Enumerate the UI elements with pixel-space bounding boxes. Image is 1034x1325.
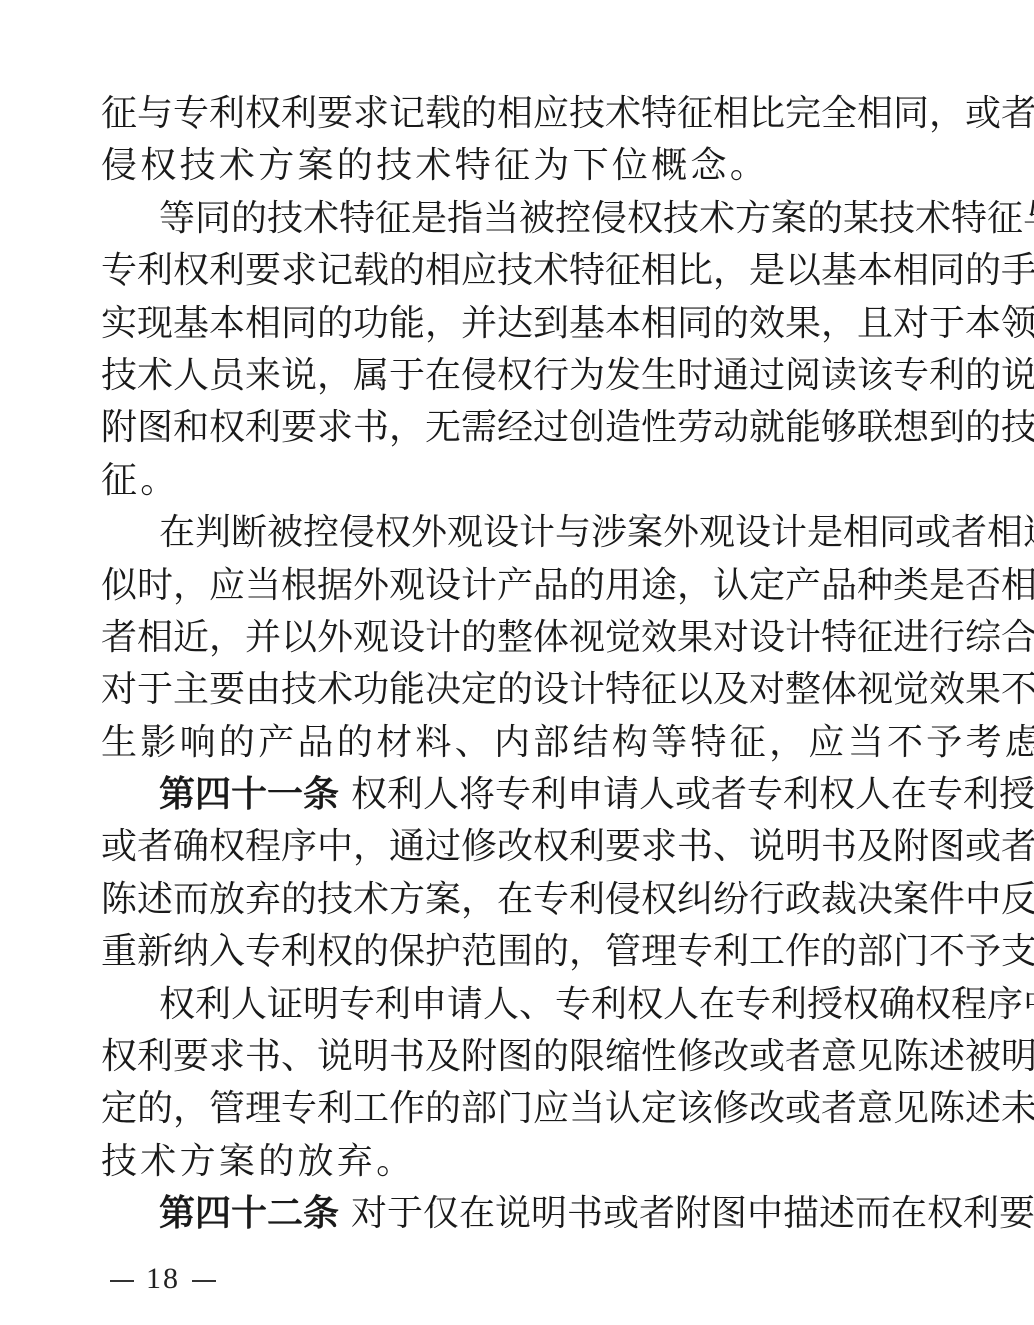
text-line: 权利人证明专利申请人、专利权人在专利授权确权程序中对 [101,979,901,1031]
text-line: 似时，应当根据外观设计产品的用途，认定产品种类是否相同或 [101,560,901,612]
line-text: 或者确权程序中，通过修改权利要求书、说明书及附图或者意见 [101,826,1034,867]
text-line: 附图和权利要求书，无需经过创造性劳动就能够联想到的技术特 [101,402,901,454]
text-line: 者相近，并以外观设计的整体视觉效果对设计特征进行综合判断， [101,612,901,664]
line-text: 实现基本相同的功能，并达到基本相同的效果，且对于本领域的 [101,303,1034,344]
line-text: 对于主要由技术功能决定的设计特征以及对整体视觉效果不产 [101,669,1034,710]
line-text: 技术方案的放弃。 [101,1141,415,1182]
line-text: 陈述而放弃的技术方案，在专利侵权纠纷行政裁决案件中反悔， [101,879,1034,920]
line-text: 对于仅在说明书或者附图中描述而在权利要求 [351,1193,1034,1234]
text-line: 技术人员来说，属于在侵权行为发生时通过阅读该专利的说明书、 [101,350,901,402]
page-footer: 18 [98,1262,228,1296]
line-text: 征。 [101,460,180,501]
line-text: 生影响的产品的材料、内部结构等特征，应当不予考虑。 [101,722,1034,763]
text-line: 等同的技术特征是指当被控侵权技术方案的某技术特征与 [101,193,901,245]
text-line: 专利权利要求记载的相应技术特征相比，是以基本相同的手段， [101,245,901,297]
text-line: 第四十二条对于仅在说明书或者附图中描述而在权利要求 [101,1188,901,1240]
line-text: 技术人员来说，属于在侵权行为发生时通过阅读该专利的说明书、 [101,355,1034,396]
text-line: 第四十一条权利人将专利申请人或者专利权人在专利授权 [101,769,901,821]
article-heading: 第四十二条 [159,1193,339,1234]
document-body: 征与专利权利要求记载的相应技术特征相比完全相同，或者被控侵权技术方案的技术特征为… [101,88,901,1241]
document-page: 征与专利权利要求记载的相应技术特征相比完全相同，或者被控侵权技术方案的技术特征为… [101,88,901,1241]
line-text: 定的，管理专利工作的部门应当认定该修改或者意见陈述未导致 [101,1088,1034,1129]
dash-right [192,1280,216,1282]
line-text: 在判断被控侵权外观设计与涉案外观设计是相同或者相近 [159,512,1034,553]
line-text: 权利要求书、说明书及附图的限缩性修改或者意见陈述被明确否 [101,1036,1034,1077]
text-line: 或者确权程序中，通过修改权利要求书、说明书及附图或者意见 [101,821,901,873]
text-line: 陈述而放弃的技术方案，在专利侵权纠纷行政裁决案件中反悔， [101,874,901,926]
text-line: 在判断被控侵权外观设计与涉案外观设计是相同或者相近 [101,507,901,559]
line-text: 者相近，并以外观设计的整体视觉效果对设计特征进行综合判断， [101,617,1034,658]
text-line: 实现基本相同的功能，并达到基本相同的效果，且对于本领域的 [101,298,901,350]
line-text: 权利人将专利申请人或者专利权人在专利授权 [351,774,1034,815]
line-text: 征与专利权利要求记载的相应技术特征相比完全相同，或者被控 [101,93,1034,134]
text-line: 生影响的产品的材料、内部结构等特征，应当不予考虑。 [101,717,901,769]
line-text: 重新纳入专利权的保护范围的，管理专利工作的部门不予支持。 [101,931,1034,972]
line-text: 附图和权利要求书，无需经过创造性劳动就能够联想到的技术特 [101,407,1034,448]
line-text: 专利权利要求记载的相应技术特征相比，是以基本相同的手段， [101,250,1034,291]
text-line: 对于主要由技术功能决定的设计特征以及对整体视觉效果不产 [101,664,901,716]
line-text: 等同的技术特征是指当被控侵权技术方案的某技术特征与 [159,198,1034,239]
dash-left [110,1280,134,1282]
text-line: 技术方案的放弃。 [101,1136,901,1188]
text-line: 定的，管理专利工作的部门应当认定该修改或者意见陈述未导致 [101,1083,901,1135]
text-line: 侵权技术方案的技术特征为下位概念。 [101,140,901,192]
text-line: 权利要求书、说明书及附图的限缩性修改或者意见陈述被明确否 [101,1031,901,1083]
text-line: 征与专利权利要求记载的相应技术特征相比完全相同，或者被控 [101,88,901,140]
line-text: 侵权技术方案的技术特征为下位概念。 [101,145,769,186]
text-line: 重新纳入专利权的保护范围的，管理专利工作的部门不予支持。 [101,926,901,978]
line-text: 似时，应当根据外观设计产品的用途，认定产品种类是否相同或 [101,565,1034,606]
line-text: 权利人证明专利申请人、专利权人在专利授权确权程序中对 [159,984,1034,1025]
text-line: 征。 [101,455,901,507]
article-heading: 第四十一条 [159,774,339,815]
page-number: 18 [146,1262,180,1295]
